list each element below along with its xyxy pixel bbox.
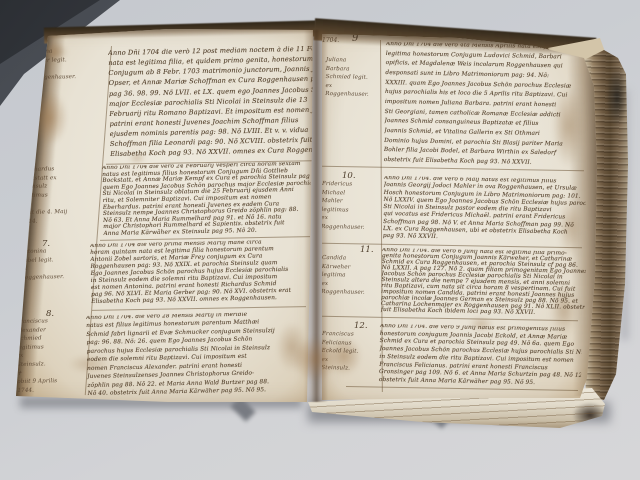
margin-line: Eberhardus <box>20 166 102 173</box>
entry-body-text: Anno Dñi 1704 die verò prima mensis Mart… <box>90 239 307 306</box>
margin-line: 1744. <box>17 387 89 394</box>
entry-body-text: Anno Dñi 1704. die verò 6 Junij nata est… <box>381 248 586 318</box>
entry-body-text: Anno Dñi 1704. die verò 9 Junij natus es… <box>379 324 582 388</box>
entry-margin-note: CandidaKärweherlegitimaexRoggenhauser. <box>321 256 378 297</box>
handwriting-line: obstetrix fuit Elisabetha Koch pag 93. N… <box>384 158 584 168</box>
margin-line: ex <box>17 353 89 360</box>
margin-line: Franciscus <box>322 332 378 339</box>
handwriting-line: Bohler filia Jacobi Bodel, et Barbara Wi… <box>384 148 584 158</box>
entry-margin-note: JulianaBarbaraSchmied legit.exRoggenhaus… <box>325 58 382 99</box>
margin-line: 1714. <box>21 218 103 225</box>
margin-line: Schmied legit. <box>326 75 382 82</box>
margin-line: ✝ <box>17 370 89 377</box>
margin-line: Kärweher <box>322 265 378 272</box>
entry-divider <box>92 306 306 311</box>
margin-line: obiit 9 Aprilis <box>17 379 89 386</box>
handwriting-line: hujus parochialis his et loco die 5 Apri… <box>385 90 585 100</box>
margin-line: Candida <box>322 256 378 263</box>
entry-body-text: Anno Dñi 1704. die verò 6 Maij natus est… <box>383 176 586 244</box>
entry-margin-note: FridericusMichaelMahlerlegitimusexRoggen… <box>321 182 380 232</box>
margin-line: Bockstatt ex <box>20 175 102 182</box>
margin-line: Michael <box>322 191 380 198</box>
page-stain <box>30 90 68 146</box>
margin-line: Alexander <box>16 327 88 334</box>
entry-margin-note: EberhardusBockstatt exSteinsulzlegitimus… <box>20 166 103 225</box>
margin-line: Barbara <box>326 67 382 74</box>
margin-line: Roggenhauser. <box>325 92 381 99</box>
margin-line: legitima <box>322 273 378 280</box>
margin-line: Mahler <box>322 199 380 206</box>
margin-line: legitimus <box>321 208 379 215</box>
entry-number: 12. <box>354 322 368 331</box>
fore-edge-stain <box>606 66 628 128</box>
entry-body-text: Anno Dñi 1704 die verò 4ta Mensis Aprili… <box>384 42 586 168</box>
margin-line: Juliana <box>326 58 382 65</box>
entry-number: 10. <box>342 172 356 181</box>
gutter-stain <box>292 336 338 382</box>
margin-line: Steinsulz. <box>17 361 89 368</box>
margin-line: legitimus <box>17 344 89 351</box>
entry-body-text: Anno Dñi 1704. die verò 28 Mensis Martij… <box>86 311 306 398</box>
margin-line: Roggenhauser. <box>33 74 111 81</box>
handwriting-line: opificis, et Magdalenæ Weis incolarum Ro… <box>386 61 586 71</box>
margin-line: ex <box>321 216 379 223</box>
margin-line: Roggenhauser. <box>321 290 377 297</box>
right-page: 1704. 3 9 JulianaBarbaraSchmied legit.ex… <box>318 26 604 408</box>
entry-number: 11. <box>360 246 374 255</box>
margin-line: ex <box>32 66 110 73</box>
handwriting-line: impositum nomen Juliana Barbara. patrini… <box>385 100 585 110</box>
margin-line: Franciscus <box>16 318 88 325</box>
entry-body-text: Anno Dñi 1704 die verò 12 post mediam no… <box>108 46 314 158</box>
entry-body-text: Anno Dñi 1704 die verò 24 Februarij vesp… <box>102 162 311 238</box>
margin-line: Fridericus <box>322 182 380 189</box>
margin-line: obiit die 4. Maij <box>21 209 103 216</box>
margin-line: Antonina <box>20 248 92 255</box>
handwriting-line: desponsati sunt in Libro Matrimoniorum p… <box>385 71 585 81</box>
handwriting-line: Joannes Schmid consanguineus Baptizatæ e… <box>384 119 584 129</box>
margin-line: Schmied <box>16 336 88 343</box>
entry-number: 9 <box>352 34 358 44</box>
entry-number: 8. <box>46 310 54 319</box>
margin-line: Roggenhauser. <box>321 225 379 232</box>
margin-line: Roggenhauser. <box>21 274 93 281</box>
photo-of-manuscript-register: … pag 93. Nõ XXVII. 1704. 2. JulianaOpse… <box>0 0 640 480</box>
margin-line: ex <box>20 266 92 273</box>
margin-line: legitimus <box>21 192 103 199</box>
margin-line: ex <box>321 282 377 289</box>
margin-line: Zobel legit. <box>20 257 92 264</box>
left-page: 1704. 2. JulianaOpser legit.exRoggenhaus… <box>8 24 320 408</box>
entry-margin-note: AntoninaZobel legit.exRoggenhauser. <box>20 248 93 281</box>
entry-number: 7. <box>42 240 50 249</box>
handwriting-line: Joannis Schmid, et Vitalina Gallerin ex … <box>384 129 584 139</box>
margin-line: ex <box>325 84 381 91</box>
handwriting-line: Elisabetha Koch pag 93. Nõ XXVII. omnes … <box>110 147 314 158</box>
margin-line: Steinsulz <box>20 183 102 190</box>
margin-line: ✝ <box>21 201 103 208</box>
entry-margin-note: FranciscusAlexanderSchmiedlegitimusexSte… <box>16 318 90 394</box>
handwriting-line: Nõ 40. obstetrix fuit Anna Maria Kärwähe… <box>88 387 306 397</box>
